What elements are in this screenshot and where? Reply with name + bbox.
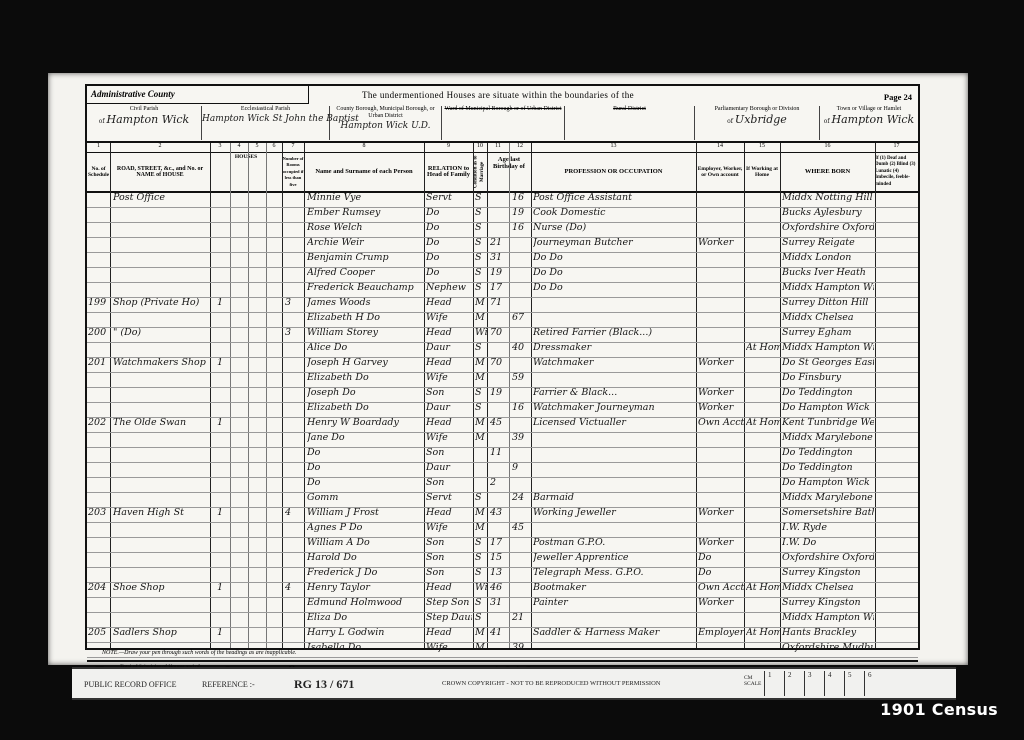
cell-name: Frederick Beauchamp: [307, 282, 423, 293]
cell-m: 31: [490, 252, 508, 263]
cell-f: 21: [512, 612, 530, 623]
cell-rel: Daur: [426, 342, 472, 353]
table-row: Edmund HolmwoodStep SonS31PainterWorkerS…: [87, 598, 918, 613]
cell-emp: Worker: [698, 507, 744, 518]
cell-occ: Postman G.P.O.: [533, 537, 695, 548]
column-number: 7: [282, 143, 304, 149]
cell-name: Harold Do: [307, 552, 423, 563]
cell-name: Alfred Cooper: [307, 267, 423, 278]
table-row: GommServtS24BarmaidMiddx Marylebone: [87, 493, 918, 508]
cell-f: 16: [512, 192, 530, 203]
cell-born: Middx Notting Hill: [782, 192, 874, 203]
cell-cond: S: [475, 342, 487, 353]
table-row: Eliza DoStep DaurS21Middx Hampton Wick: [87, 613, 918, 628]
table-row: Elizabeth H DoWifeM67Middx Chelsea: [87, 313, 918, 328]
boundaries-text: The undermentioned Houses are situate wi…: [362, 90, 634, 100]
cell-occ: Nurse (Do): [533, 222, 695, 233]
cell-born: Do Teddington: [782, 387, 874, 398]
cell-cond: S: [475, 267, 487, 278]
cell-emp: Do: [698, 567, 744, 578]
cell-m: 46: [490, 582, 508, 593]
cell-born: Middx Marylebone: [782, 492, 874, 503]
table-row: Benjamin CrumpDoS31Do DoMiddx London: [87, 253, 918, 268]
ecclesiastical-parish-label: Ecclesiastical Parish: [202, 106, 329, 113]
cell-m: 17: [490, 282, 508, 293]
cell-inh: 1: [217, 627, 229, 638]
table-row: Archie WeirDoS21Journeyman ButcherWorker…: [87, 238, 918, 253]
cell-born: Surrey Ditton Hill: [782, 297, 874, 308]
cell-cond: S: [475, 537, 487, 548]
cell-rel: Wife: [426, 432, 472, 443]
table-row: 201Watchmakers Shop1Joseph H GarveyHeadM…: [87, 358, 918, 373]
cell-cond: S: [475, 597, 487, 608]
county-borough: County Borough, Municipal Borough, or Ur…: [330, 106, 442, 140]
cell-emp: Worker: [698, 537, 744, 548]
cell-name: Rose Welch: [307, 222, 423, 233]
table-row: DoSon2Do Hampton Wick: [87, 478, 918, 493]
cell-born: Middx Chelsea: [782, 312, 874, 323]
column-number: 8: [304, 143, 424, 149]
cell-m: 13: [490, 567, 508, 578]
cell-cond: S: [475, 387, 487, 398]
cell-rel: Son: [426, 537, 472, 548]
cell-born: Oxfordshire Oxford: [782, 222, 874, 233]
census-form: Administrative County The undermentioned…: [85, 84, 920, 650]
cell-road: " (Do): [113, 327, 209, 338]
cell-rel: Step Daur: [426, 612, 472, 623]
cell-name: Elizabeth Do: [307, 372, 423, 383]
cell-occ: Licensed Victualler: [533, 417, 695, 428]
cell-emp: Own Acct: [698, 582, 744, 593]
cell-emp: Employer: [698, 627, 744, 638]
cell-rel: Son: [426, 447, 472, 458]
table-row: Agnes P DoWifeM45I.W. Ryde: [87, 523, 918, 538]
column-number: 10: [473, 143, 487, 149]
cell-emp: Own Acct: [698, 417, 744, 428]
cell-born: Do Hampton Wick: [782, 402, 874, 413]
cell-rel: Head: [426, 297, 472, 308]
cell-born: Do Finsbury: [782, 372, 874, 383]
cell-born: Somersetshire Bath: [782, 507, 874, 518]
cell-sched: 202: [88, 417, 110, 428]
table-row: 200" (Do)3William StoreyHeadWid70Retired…: [87, 328, 918, 343]
cell-m: 70: [490, 327, 508, 338]
cell-road: Shop (Private Ho): [113, 297, 209, 308]
cell-inh: 1: [217, 357, 229, 368]
cell-rel: Wife: [426, 642, 472, 653]
cell-rel: Do: [426, 252, 472, 263]
cell-f: 40: [512, 342, 530, 353]
cell-cond: M: [475, 522, 487, 533]
hamlet-value: of Hampton Wick: [820, 116, 918, 125]
form-note: NOTE.—Draw your pen through such words o…: [102, 650, 297, 656]
scale-cell: 4: [824, 671, 844, 696]
cell-cond: S: [475, 552, 487, 563]
column-number: 4: [230, 143, 248, 149]
cell-rooms: 4: [285, 582, 303, 593]
column-number: 15: [744, 143, 780, 149]
cell-cond: M: [475, 417, 487, 428]
cell-rel: Son: [426, 477, 472, 488]
header-schedule: No. of Schedule: [87, 153, 110, 191]
cell-f: 16: [512, 222, 530, 233]
cell-f: 19: [512, 207, 530, 218]
cell-cond: S: [475, 237, 487, 248]
cell-born: Surrey Reigate: [782, 237, 874, 248]
table-row: Jane DoWifeM39Middx Marylebone: [87, 433, 918, 448]
cell-occ: Jeweller Apprentice: [533, 552, 695, 563]
cell-rel: Wife: [426, 312, 472, 323]
cell-f: 67: [512, 312, 530, 323]
ward: Ward of Municipal Borough or of Urban Di…: [442, 106, 565, 140]
cell-rel: Head: [426, 417, 472, 428]
cell-born: Middx Chelsea: [782, 582, 874, 593]
cell-cond: M: [475, 432, 487, 443]
cell-born: Hants Brackley: [782, 627, 874, 638]
column-number: 9: [424, 143, 473, 149]
cell-name: Do: [307, 477, 423, 488]
cell-f: 9: [512, 462, 530, 473]
scale-cell: 1: [764, 671, 784, 696]
cell-rel: Head: [426, 627, 472, 638]
column-number: 1: [87, 143, 110, 149]
cell-emp: Worker: [698, 597, 744, 608]
cell-m: 19: [490, 387, 508, 398]
census-page: Administrative County The undermentioned…: [48, 73, 968, 665]
cell-cond: S: [475, 207, 487, 218]
header-houses: HOUSES: [210, 153, 282, 191]
cell-road: The Olde Swan: [113, 417, 209, 428]
cell-name: Henry Taylor: [307, 582, 423, 593]
cell-cond: M: [475, 642, 487, 653]
table-row: 203Haven High St14William J FrostHeadM43…: [87, 508, 918, 523]
table-row: Elizabeth DoWifeM59Do Finsbury: [87, 373, 918, 388]
cell-home: At Home: [746, 417, 780, 428]
cell-m: 45: [490, 417, 508, 428]
cell-born: I.W. Do: [782, 537, 874, 548]
column-number: 3: [210, 143, 230, 149]
cell-name: William J Frost: [307, 507, 423, 518]
table-row: Harold DoSonS15Jeweller ApprenticeDoOxfo…: [87, 553, 918, 568]
cell-inh: 1: [217, 507, 229, 518]
cm-scale-label: CM SCALE: [744, 675, 766, 687]
image-caption: 1901 Census: [880, 700, 998, 719]
cell-rel: Head: [426, 582, 472, 593]
cell-rel: Servt: [426, 492, 472, 503]
cell-f: 45: [512, 522, 530, 533]
table-row: Alfred CooperDoS19Do DoBucks Iver Heath: [87, 268, 918, 283]
cell-f: 39: [512, 642, 530, 653]
column-number: 14: [696, 143, 744, 149]
cell-inh: 1: [217, 297, 229, 308]
cell-occ: Farrier & Black...: [533, 387, 695, 398]
column-number: 13: [531, 143, 696, 149]
table-row: Rose WelchDoS16Nurse (Do)Oxfordshire Oxf…: [87, 223, 918, 238]
cell-rooms: 3: [285, 327, 303, 338]
table-row: Frederick BeauchampNephewS17Do DoMiddx H…: [87, 283, 918, 298]
cell-sched: 201: [88, 357, 110, 368]
cell-rel: Servt: [426, 192, 472, 203]
cell-name: Do: [307, 447, 423, 458]
cell-occ: Working Jeweller: [533, 507, 695, 518]
cell-born: Do Teddington: [782, 462, 874, 473]
cell-rel: Do: [426, 207, 472, 218]
column-number: 12: [509, 143, 531, 149]
column-number: 11: [487, 143, 509, 149]
cell-occ: Journeyman Butcher: [533, 237, 695, 248]
cell-m: 17: [490, 537, 508, 548]
cell-m: 15: [490, 552, 508, 563]
cell-name: Frederick J Do: [307, 567, 423, 578]
cell-cond: S: [475, 402, 487, 413]
cell-cond: Wid: [475, 327, 487, 338]
parliamentary-division: Parliamentary Borough or Division of Uxb…: [695, 106, 820, 140]
cell-rel: Head: [426, 507, 472, 518]
header-occupation: PROFESSION OR OCCUPATION: [531, 153, 696, 191]
cell-name: Benjamin Crump: [307, 252, 423, 263]
form-header: Administrative County The undermentioned…: [87, 86, 918, 143]
cell-m: 2: [490, 477, 508, 488]
cell-born: Bucks Iver Heath: [782, 267, 874, 278]
header-infirmity: If (1) Deaf and Dumb (2) Blind (3) Lunat…: [875, 153, 918, 191]
cell-name: Ember Rumsey: [307, 207, 423, 218]
cell-rel: Do: [426, 222, 472, 233]
cell-cond: M: [475, 312, 487, 323]
cell-road: Watchmakers Shop: [113, 357, 209, 368]
census-table: 1234567891011121314151617 No. of Schedul…: [87, 143, 918, 648]
cell-emp: Worker: [698, 402, 744, 413]
cell-name: Henry W Boardady: [307, 417, 423, 428]
cell-name: Eliza Do: [307, 612, 423, 623]
cell-occ: Dressmaker: [533, 342, 695, 353]
cell-emp: Worker: [698, 387, 744, 398]
cell-m: 11: [490, 447, 508, 458]
column-headers: No. of Schedule ROAD, STREET, &c., and N…: [87, 153, 918, 193]
cell-born: Oxfordshire Mudbury: [782, 642, 874, 653]
cell-rel: Head: [426, 357, 472, 368]
cell-occ: Painter: [533, 597, 695, 608]
cell-cond: S: [475, 282, 487, 293]
cell-rel: Daur: [426, 402, 472, 413]
cell-name: Joseph H Garvey: [307, 357, 423, 368]
cell-name: Isabella Do: [307, 642, 423, 653]
cell-name: Jane Do: [307, 432, 423, 443]
header-where-born: WHERE BORN: [780, 153, 875, 191]
header-name: Name and Surname of each Person: [304, 153, 424, 191]
cell-cond: S: [475, 567, 487, 578]
cell-name: Harry L Godwin: [307, 627, 423, 638]
scale-cell: 6: [864, 671, 884, 696]
header-employer: Employer, Worker, or Own account: [696, 153, 744, 191]
cell-occ: Post Office Assistant: [533, 192, 695, 203]
table-row: William A DoSonS17Postman G.P.O.WorkerI.…: [87, 538, 918, 553]
hamlet: Town or Village or Hamlet of Hampton Wic…: [820, 106, 918, 140]
scale-cell: 5: [844, 671, 864, 696]
cell-m: 71: [490, 297, 508, 308]
cell-home: At Home: [746, 582, 780, 593]
civil-parish-label: Civil Parish: [87, 106, 201, 113]
cell-occ: Barmaid: [533, 492, 695, 503]
cell-name: William A Do: [307, 537, 423, 548]
cell-occ: Watchmaker Journeyman: [533, 402, 695, 413]
table-row: DoDaur9Do Teddington: [87, 463, 918, 478]
cell-occ: Do Do: [533, 252, 695, 263]
cell-rel: Head: [426, 327, 472, 338]
ecclesiastical-parish-value: Hampton Wick St John the Baptist: [202, 116, 329, 123]
cell-name: Joseph Do: [307, 387, 423, 398]
cell-f: 39: [512, 432, 530, 443]
cm-scale: 123456: [764, 671, 884, 696]
cell-road: Haven High St: [113, 507, 209, 518]
cell-born: Middx Hampton Wick: [782, 612, 874, 623]
civil-parish: Civil Parish of Hampton Wick: [87, 106, 202, 140]
header-working-home: If Working at Home: [744, 153, 780, 191]
cell-m: 19: [490, 267, 508, 278]
cell-occ: Bootmaker: [533, 582, 695, 593]
cell-name: William Storey: [307, 327, 423, 338]
cell-m: 41: [490, 627, 508, 638]
table-row: Alice DoDaurS40DressmakerAt HomeMiddx Ha…: [87, 343, 918, 358]
cell-rel: Son: [426, 387, 472, 398]
cell-occ: Do Do: [533, 267, 695, 278]
cell-sched: 205: [88, 627, 110, 638]
cell-cond: M: [475, 372, 487, 383]
cell-sched: 203: [88, 507, 110, 518]
column-number: 16: [780, 143, 875, 149]
table-row: Ember RumseyDoS19Cook DomesticBucks Ayle…: [87, 208, 918, 223]
cell-occ: Do Do: [533, 282, 695, 293]
cell-cond: Wid: [475, 582, 487, 593]
cell-born: Do St Georges East: [782, 357, 874, 368]
cell-cond: S: [475, 612, 487, 623]
column-number: 2: [110, 143, 210, 149]
cell-emp: Worker: [698, 237, 744, 248]
cell-rel: Son: [426, 567, 472, 578]
cell-rel: Do: [426, 267, 472, 278]
cell-name: Gomm: [307, 492, 423, 503]
cell-name: Agnes P Do: [307, 522, 423, 533]
table-row: 204Shoe Shop14Henry TaylorHeadWid46Bootm…: [87, 583, 918, 598]
column-number: 5: [248, 143, 266, 149]
cell-f: 16: [512, 402, 530, 413]
cell-f: 59: [512, 372, 530, 383]
page-number: Page 24: [884, 92, 912, 102]
cell-cond: S: [475, 252, 487, 263]
cell-m: 21: [490, 237, 508, 248]
cell-cond: M: [475, 357, 487, 368]
cell-road: Shoe Shop: [113, 582, 209, 593]
cell-cond: S: [475, 222, 487, 233]
hamlet-label: Town or Village or Hamlet: [820, 106, 918, 113]
rural-district: Rural District: [565, 106, 695, 140]
cell-born: Surrey Kingston: [782, 597, 874, 608]
cell-born: Middx London: [782, 252, 874, 263]
column-number: 6: [266, 143, 282, 149]
cell-occ: Saddler & Harness Maker: [533, 627, 695, 638]
cell-born: Do Hampton Wick: [782, 477, 874, 488]
cell-born: Bucks Aylesbury: [782, 207, 874, 218]
reference-number: RG 13 / 671: [294, 677, 354, 692]
county-borough-value: Hampton Wick U.D.: [330, 123, 441, 130]
cell-cond: M: [475, 297, 487, 308]
cell-name: Edmund Holmwood: [307, 597, 423, 608]
header-road: ROAD, STREET, &c., and No. or NAME of HO…: [110, 153, 210, 191]
parliamentary-label: Parliamentary Borough or Division: [695, 106, 819, 113]
civil-parish-value: of Hampton Wick: [87, 116, 201, 125]
cell-occ: Watchmaker: [533, 357, 695, 368]
cell-name: Elizabeth Do: [307, 402, 423, 413]
cell-born: Middx Hampton Wick: [782, 342, 874, 353]
table-row: 205Sadlers Shop1Harry L GodwinHeadM41Sad…: [87, 628, 918, 643]
cell-rel: Daur: [426, 462, 472, 473]
cell-rel: Wife: [426, 372, 472, 383]
table-row: Joseph DoSonS19Farrier & Black...WorkerD…: [87, 388, 918, 403]
county-borough-label: County Borough, Municipal Borough, or Ur…: [330, 106, 441, 120]
record-office-strip: PUBLIC RECORD OFFICE REFERENCE :- RG 13 …: [72, 667, 956, 700]
cell-rel: Do: [426, 237, 472, 248]
cell-born: Do Teddington: [782, 447, 874, 458]
cell-occ: Telegraph Mess. G.P.O.: [533, 567, 695, 578]
cell-rel: Nephew: [426, 282, 472, 293]
cell-rel: Step Son: [426, 597, 472, 608]
cell-road: Sadlers Shop: [113, 627, 209, 638]
cell-born: Kent Tunbridge Wells: [782, 417, 874, 428]
cell-inh: 1: [217, 582, 229, 593]
cell-m: 70: [490, 357, 508, 368]
cell-cond: S: [475, 192, 487, 203]
ecclesiastical-parish: Ecclesiastical Parish Hampton Wick St Jo…: [202, 106, 330, 140]
rural-district-label: Rural District: [565, 106, 694, 113]
table-row: Frederick J DoSonS13Telegraph Mess. G.P.…: [87, 568, 918, 583]
cell-name: James Woods: [307, 297, 423, 308]
cell-sched: 200: [88, 327, 110, 338]
table-row: Elizabeth DoDaurS16Watchmaker Journeyman…: [87, 403, 918, 418]
cell-occ: Cook Domestic: [533, 207, 695, 218]
cell-rooms: 3: [285, 297, 303, 308]
cell-cond: M: [475, 627, 487, 638]
record-office-label: PUBLIC RECORD OFFICE: [84, 680, 176, 689]
header-relation: RELATION to Head of Family: [424, 153, 473, 191]
table-row: Post OfficeMinnie VyeServtS16Post Office…: [87, 193, 918, 208]
cell-emp: Worker: [698, 357, 744, 368]
cell-rooms: 4: [285, 507, 303, 518]
cell-name: Archie Weir: [307, 237, 423, 248]
cell-m: 43: [490, 507, 508, 518]
cell-rel: Son: [426, 552, 472, 563]
cell-inh: 1: [217, 417, 229, 428]
cell-home: At Home: [746, 627, 780, 638]
column-numbers: 1234567891011121314151617: [87, 143, 918, 153]
cell-born: Middx Marylebone: [782, 432, 874, 443]
cell-cond: M: [475, 507, 487, 518]
header-condition: Condition as to Marriage: [473, 153, 487, 191]
cell-name: Elizabeth H Do: [307, 312, 423, 323]
cell-home: At Home: [746, 342, 780, 353]
cell-sched: 199: [88, 297, 110, 308]
cell-born: Surrey Kingston: [782, 567, 874, 578]
cell-f: 24: [512, 492, 530, 503]
scale-cell: 3: [804, 671, 824, 696]
cell-name: Do: [307, 462, 423, 473]
header-rooms: Number of Rooms occupied if less than fi…: [282, 153, 304, 191]
reference-label: REFERENCE :-: [202, 680, 255, 689]
cell-rel: Wife: [426, 522, 472, 533]
cell-born: I.W. Ryde: [782, 522, 874, 533]
administrative-county-label: Administrative County: [87, 86, 309, 104]
cell-born: Surrey Egham: [782, 327, 874, 338]
copyright-notice: CROWN COPYRIGHT - NOT TO BE REPRODUCED W…: [442, 680, 661, 687]
cell-born: Middx Hampton Wick: [782, 282, 874, 293]
